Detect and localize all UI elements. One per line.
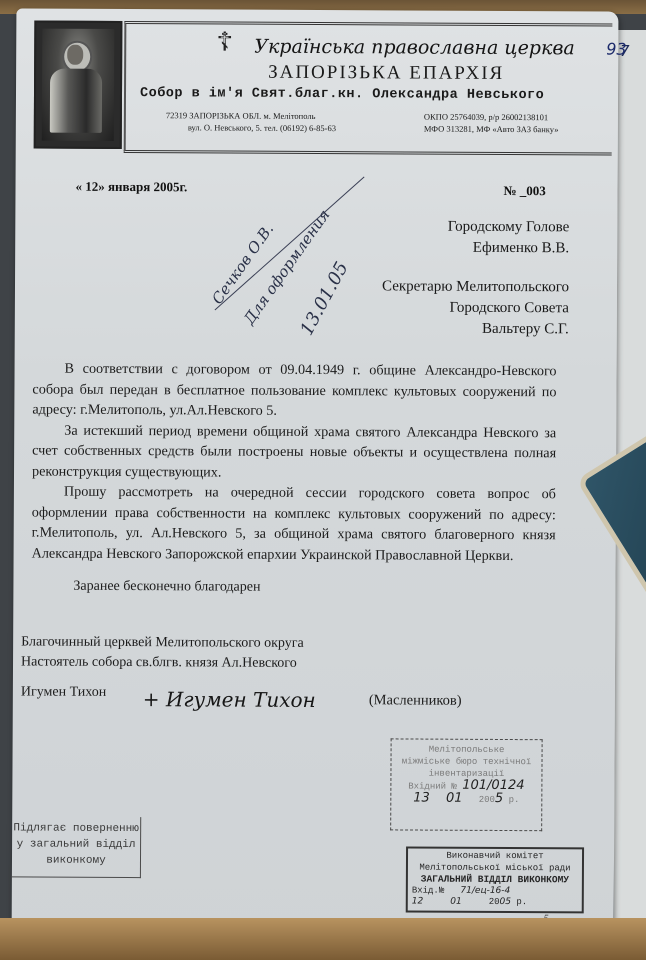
- document-number: № _003: [503, 183, 545, 199]
- stamp-day: 12: [412, 897, 424, 907]
- stamp-line: міжміське бюро технічної: [391, 755, 541, 768]
- letter-date: « 12» января 2005г.: [75, 179, 187, 196]
- orthodox-cross-icon: ☦: [216, 27, 233, 57]
- handwritten-signature: + Игумен Тихон: [143, 687, 316, 712]
- eparchy-name: ЗАПОРІЗЬКА ЕПАРХІЯ: [268, 62, 504, 85]
- stamp-line: Виконавчий комітет: [408, 850, 582, 862]
- stamp-year: 05: [500, 897, 512, 907]
- stamp-day: 13: [413, 791, 430, 806]
- bank-details: ОКПО 25764039, р/р 26002138101 МФО 31328…: [424, 111, 559, 136]
- stamp-line: у загальний відділ: [12, 836, 140, 853]
- bank-line-1: ОКПО 25764039, р/р 26002138101: [424, 111, 559, 124]
- address-line-1: 72319 ЗАПОРІЗЬКА ОБЛ. м. Мелітополь: [166, 109, 336, 122]
- postal-address: 72319 ЗАПОРІЗЬКА ОБЛ. м. Мелітополь вул.…: [166, 109, 336, 134]
- recipient-mayor: Городскому Голове Ефименко В.В.: [448, 217, 570, 260]
- body-paragraph: За истекший период времени общиной храма…: [32, 420, 556, 484]
- signatory-name: Игумен Тихон: [21, 684, 106, 700]
- stamp-line: виконкому: [12, 852, 140, 869]
- letter-page: ☦ Українська православна церква ЗАПОРІЗЬ…: [12, 8, 619, 946]
- stamp-label: Вхід.№: [412, 885, 444, 895]
- stamp-in-number: 71/ец-16-4: [460, 885, 510, 895]
- stamp-line: Мелітопольське: [392, 743, 542, 756]
- stamp-line: ЗАГАЛЬНИЙ ВІДДІЛ ВИКОНКОМУ: [408, 873, 582, 885]
- church-name: Українська православна церква: [254, 36, 575, 60]
- desk-surface-bottom: [0, 918, 646, 960]
- stamp-line: Підлягає поверненню: [12, 820, 140, 837]
- body-paragraph: Прошу рассмотреть на очередной сессии го…: [32, 482, 556, 567]
- stamp-year-prefix: 20: [489, 897, 500, 907]
- signatory-title-2: Настоятель собора св.блгв. князя Ал.Невс…: [21, 652, 304, 673]
- signatory-title-1: Благочинный церквей Мелитопольского окру…: [21, 632, 304, 653]
- recipient-org: Городского Совета: [382, 297, 569, 319]
- body-paragraph: В соответствии с договором от 09.04.1949…: [32, 359, 556, 423]
- recipient-name: Ефименко В.В.: [448, 238, 570, 260]
- stamp-month: 01: [446, 791, 463, 806]
- executive-committee-stamp: Виконавчий комітет Мелітопольської міськ…: [406, 846, 584, 913]
- stamp-date-row: 13 01 2005 р.: [391, 792, 541, 806]
- return-to-office-stamp: Підлягає поверненню у загальний відділ в…: [12, 816, 141, 878]
- signatory-surname: (Масленников): [369, 692, 462, 709]
- stamp-year-prefix: 200: [479, 795, 495, 805]
- recipient-secretary: Секретарю Мелитопольского Городского Сов…: [382, 276, 569, 340]
- recipient-name: Вальтеру С.Г.: [382, 318, 569, 340]
- resolution-underline: [215, 177, 365, 311]
- stamp-number-row: Вхід.№ 71/ец-16-4: [408, 885, 582, 897]
- stamp-year-end: р.: [509, 795, 520, 805]
- resolution-signature-date: 13.01.05: [296, 258, 352, 339]
- recipient-title: Секретарю Мелитопольского: [382, 276, 569, 298]
- stamp-in-number: 101/0124: [462, 778, 524, 793]
- stamp-month: 01: [450, 897, 462, 907]
- bank-line-2: МФО 313281, МФ «Авто ЗАЗ банку»: [424, 123, 559, 136]
- saint-icon-image: [34, 21, 123, 149]
- address-line-2: вул. О. Невського, 5. тел. (06192) 6-85-…: [166, 121, 336, 134]
- stamp-year: 5: [495, 791, 503, 806]
- stamp-date-row: 12 01 2005 р.: [408, 896, 582, 908]
- closing-line: Заранее бесконечно благодарен: [73, 579, 260, 596]
- cathedral-name: Собор в ім'я Свят.благ.кн. Олександра Не…: [140, 86, 544, 103]
- stamp-line: Мелітопольської міської ради: [408, 862, 582, 874]
- folio-number: 93: [606, 40, 626, 59]
- stamp-year-end: р.: [516, 897, 527, 907]
- bti-registration-stamp: Мелітопольське міжміське бюро технічної …: [390, 738, 542, 831]
- recipient-title: Городскому Голове: [448, 217, 570, 239]
- signatory-titles: Благочинный церквей Мелитопольского окру…: [21, 632, 304, 673]
- letter-body: В соответствии с договором от 09.04.1949…: [32, 359, 557, 567]
